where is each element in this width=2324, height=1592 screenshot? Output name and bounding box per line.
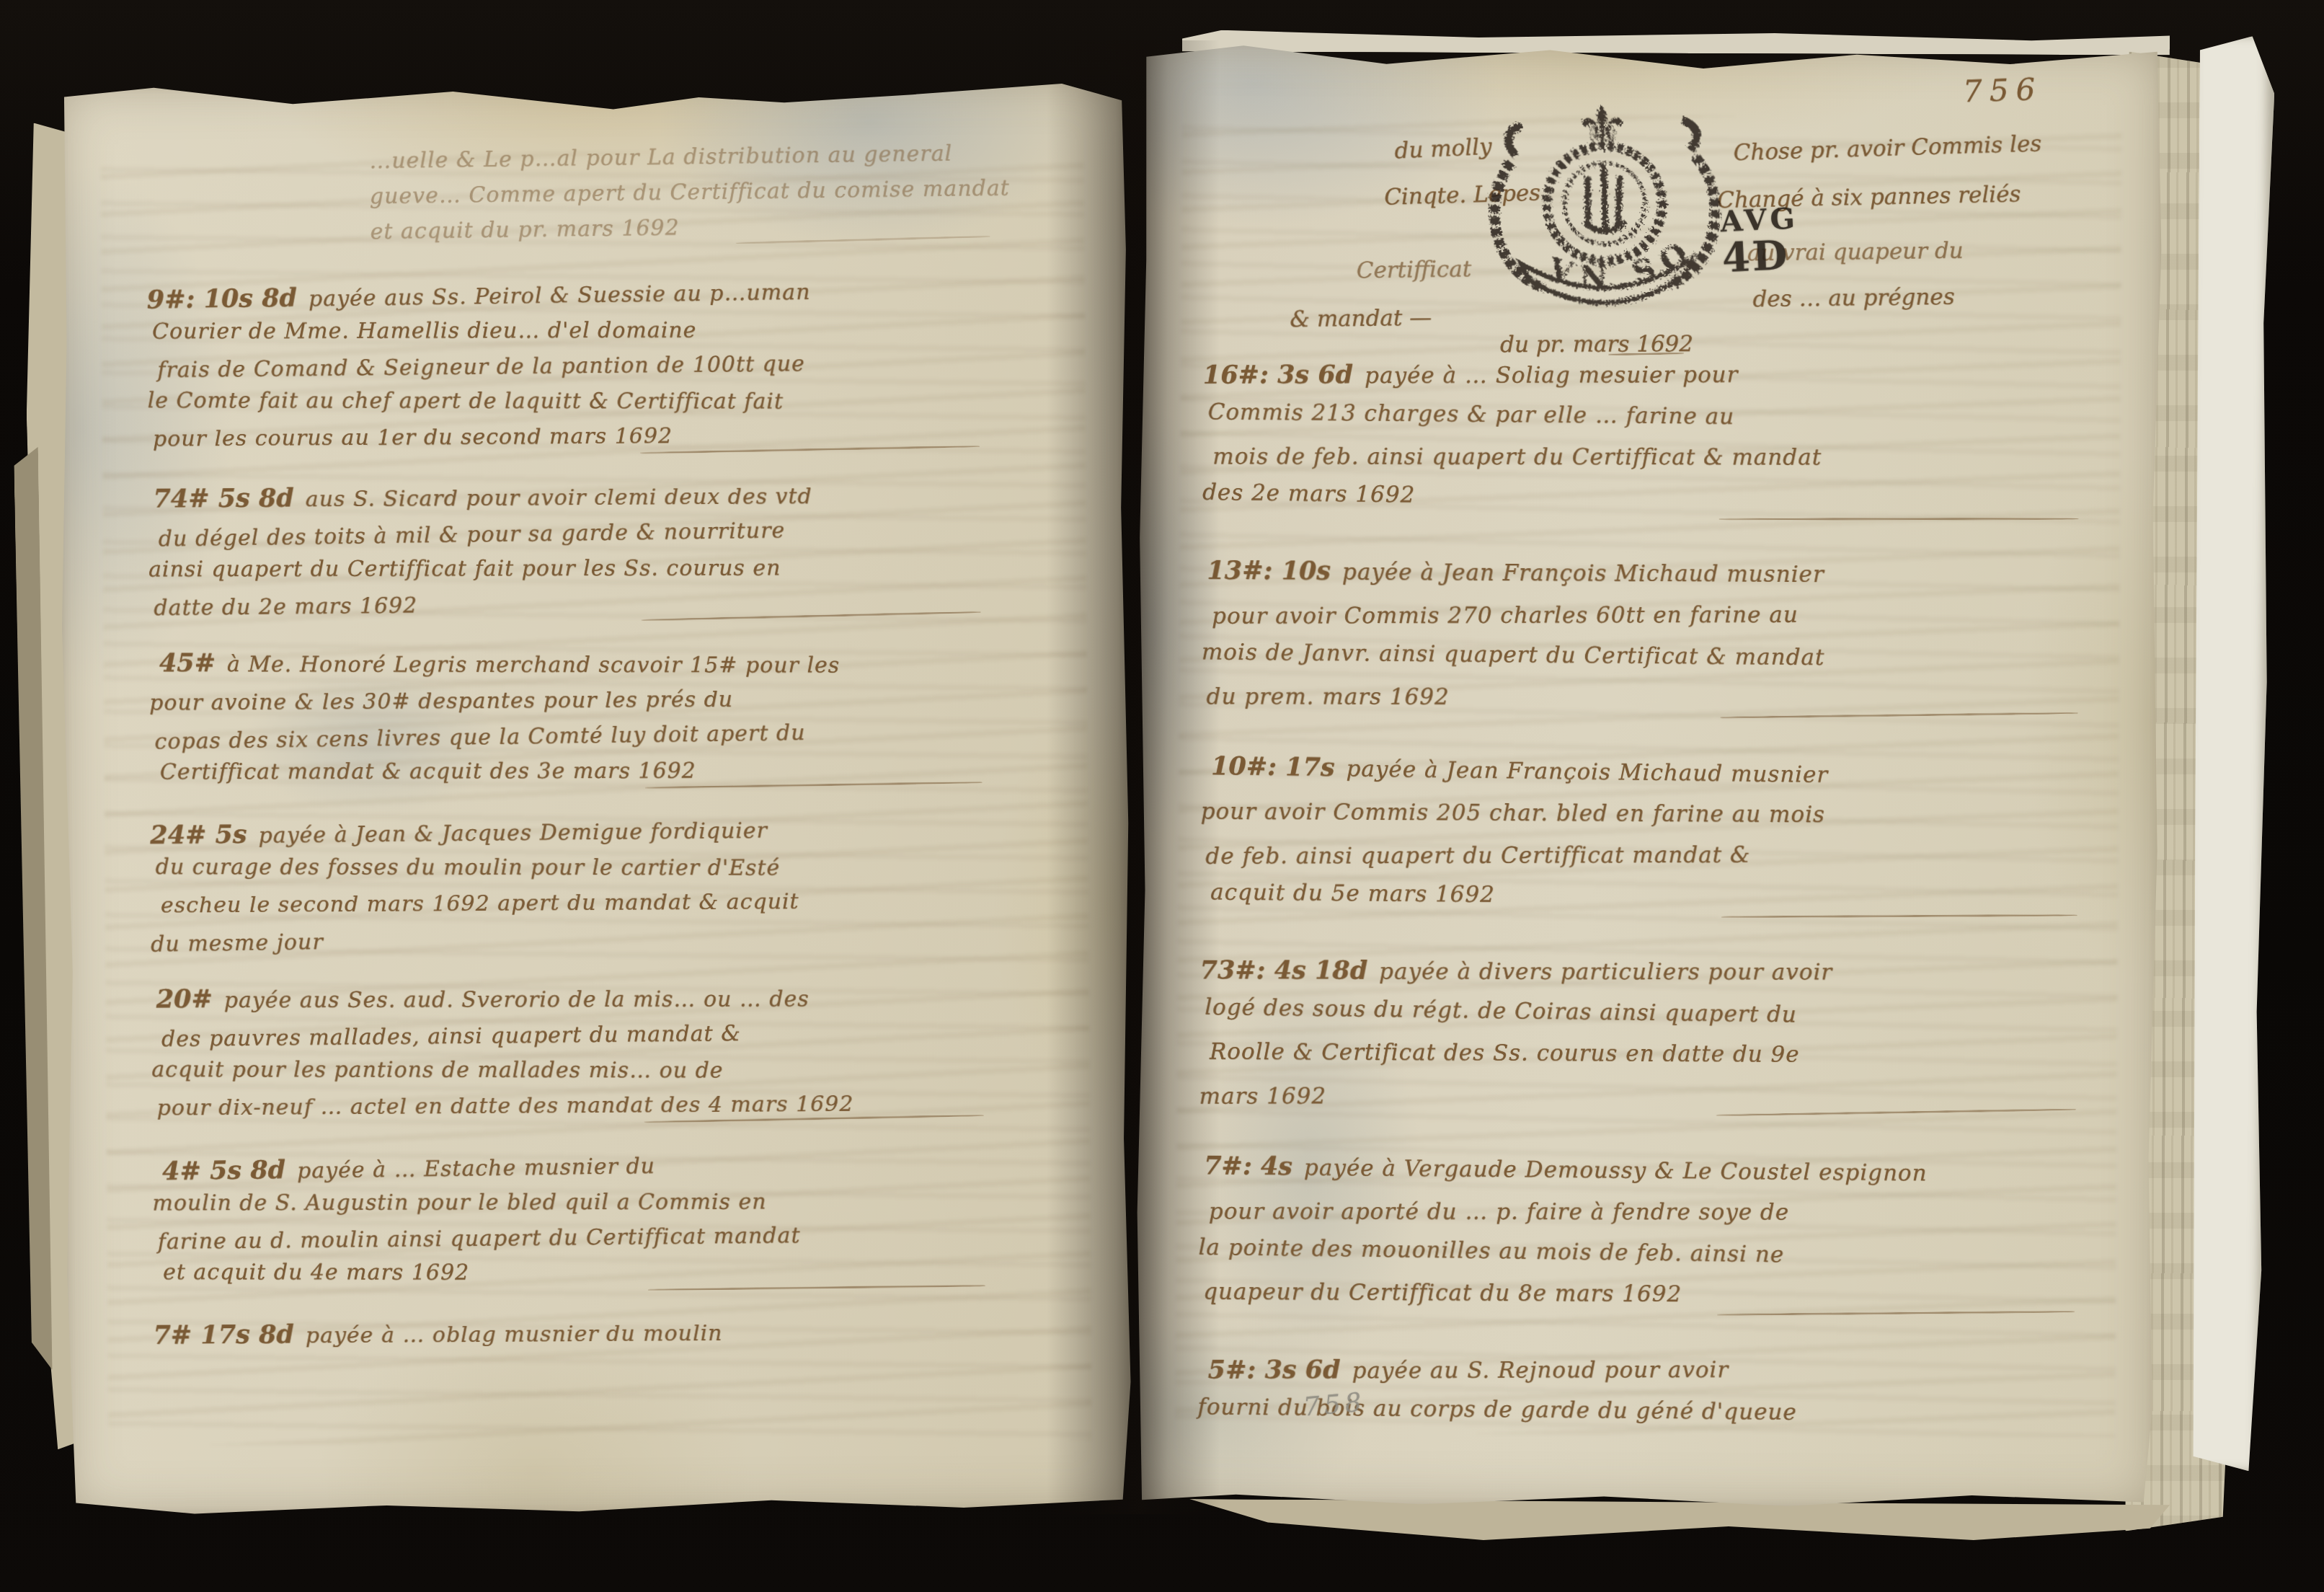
ledger-entry: 7#: 4spayée à Vergaude Demoussy & Le Cou… — [1198, 1147, 2121, 1318]
entry-amount: 16#: 3s 6d — [1203, 360, 1353, 390]
entry-line: du prem. mars 1692 — [1207, 676, 2124, 719]
entry-line-text: aus S. Sicard pour avoir clemi deux des … — [306, 484, 812, 512]
right-page: 756 du molly Cinqte. Lepes Certifficat &… — [1134, 39, 2164, 1511]
entry-line: datte du 2e mars 1692 — [154, 582, 1024, 626]
entry-line-text: à Me. Honoré Legris merchand scavoir 15#… — [227, 652, 840, 678]
left-page-entries: 9#: 10s 8dpayée aus Ss. Peirol & Suessie… — [147, 273, 1029, 1354]
entry-line: moulin de S. Augustin pour le bled quil … — [152, 1184, 1028, 1221]
counterstamp: AVG 4D — [1720, 203, 1801, 280]
entry-line: 73#: 4s 18dpayée à divers particuliers p… — [1200, 950, 2123, 994]
entry-line: 5#: 3s 6dpayée au S. Rejnoud pour avoir — [1208, 1348, 2121, 1392]
entry-amount: 10#: 17s — [1211, 751, 1335, 782]
entry-line: frais de Comand & Seigneur de la pantion… — [157, 344, 1023, 388]
entry-line: mois de Janvr. ainsi quapert du Certific… — [1202, 632, 2124, 681]
entry-amount: 73#: 4s 18d — [1200, 955, 1368, 985]
entry-line: Commis 213 charges & par elle … farine a… — [1207, 392, 2125, 441]
entry-line-text: payée au S. Rejnoud pour avoir — [1352, 1357, 1729, 1384]
top-sheet-edge — [1182, 30, 2170, 56]
right-page-entries: 16#: 3s 6dpayée à … Soliag mesuier pourC… — [1197, 351, 2126, 1435]
entry-amount: 5#: 3s 6d — [1208, 1355, 1341, 1384]
entry-line: mois de feb. ainsi quapert du Certiffica… — [1212, 436, 2125, 479]
entry-line-text: payée à … Soliag mesuier pour — [1365, 362, 1738, 389]
header-line: et acquit du pr. mars 1692 — [370, 205, 1023, 249]
left-page-text: …uelle & Le p…al pour La distribution au… — [146, 137, 1029, 1379]
ledger-entry: 74# 5s 8daus S. Sicard pour avoir clemi … — [148, 476, 1024, 624]
entry-line: pour dix-neuf … actel en datte des manda… — [156, 1085, 1027, 1126]
entry-line: 45#à Me. Honoré Legris merchand scavoir … — [159, 645, 1025, 684]
ledger-entry: 73#: 4s 18dpayée à divers particuliers p… — [1199, 948, 2123, 1119]
entry-line: pour avoir aporté du … p. faire à fendre… — [1209, 1191, 2121, 1234]
entry-amount: 45# — [159, 648, 216, 678]
entry-line: Roolle & Certificat des Ss. courus en da… — [1210, 1032, 2122, 1078]
ledger-entry: 9#: 10s 8dpayée aus Ss. Peirol & Suessie… — [147, 273, 1024, 456]
entry-line: pour avoir Commis 270 charles 60tt en fa… — [1212, 594, 2124, 637]
entry-line-text: payée aus Ses. aud. Sverorio de la mis… … — [224, 986, 810, 1013]
manuscript-scan: …uelle & Le p…al pour La distribution au… — [0, 0, 2324, 1592]
entry-amount: 7#: 4s — [1204, 1151, 1292, 1181]
header-line: des … au prégnes — [1752, 284, 1955, 312]
entry-line: Courier de Mme. Hamellis dieu… d'el doma… — [152, 312, 1023, 350]
entry-line: pour les courus au 1er du second mars 16… — [153, 416, 1024, 456]
entry-line: des 2e mars 1692 — [1202, 472, 2126, 526]
entry-line: 13#: 10spayée à Jean François Michaud mu… — [1207, 550, 2124, 598]
entry-line: ainsi quapert du Certifficat fait pour l… — [148, 550, 1024, 588]
entry-amount: 24# 5s — [150, 820, 247, 850]
tax-stamp-crest-icon: ⚜ VN SOL — [1474, 89, 1734, 328]
entry-line: du curage des fosses du moulin pour le c… — [156, 849, 1026, 886]
entry-amount: 9#: 10s 8d — [147, 283, 298, 315]
entry-line-text: payée à … oblag musnier du moulin — [306, 1321, 723, 1349]
ledger-entry: 10#: 17spayée à Jean François Michaud mu… — [1200, 749, 2124, 920]
entry-line: de feb. ainsi quapert du Certifficat man… — [1205, 834, 2123, 877]
ledger-entry: 13#: 10spayée à Jean François Michaud mu… — [1201, 550, 2124, 721]
ledger-entry: 4# 5s 8dpayée à … Estache musnier dumoul… — [152, 1145, 1029, 1293]
ledger-entry: 16#: 3s 6dpayée à … Soliag mesuier pourC… — [1202, 351, 2126, 522]
ledger-entry: 7# 17s 8dpayée à … oblag musnier du moul… — [153, 1312, 1029, 1354]
ledger-entry: 20#payée aus Ses. aud. Sverorio de la mi… — [151, 978, 1028, 1126]
page-number: 756 — [1962, 71, 2043, 109]
entry-line: 16#: 3s 6dpayée à … Soliag mesuier pour — [1203, 353, 2126, 397]
counterstamp-4d: 4D — [1721, 234, 1801, 280]
left-page: …uelle & Le p…al pour La distribution au… — [58, 77, 1135, 1517]
entry-line-text: payée à Jean François Michaud musnier — [1342, 560, 1824, 588]
entry-amount: 20# — [156, 984, 213, 1014]
entry-line-text: payée aus Ss. Peirol & Suessie au p…uman — [309, 280, 811, 312]
entry-line-text: payée à Jean François Michaud musnier — [1346, 756, 1828, 788]
entry-line-text: payée à … Estache musnier du — [297, 1154, 655, 1184]
header-line: Certifficat — [1356, 256, 1471, 283]
entry-amount: 4# 5s 8d — [162, 1155, 285, 1186]
ledger-entry: 24# 5spayée à Jean & Jacques Demigue for… — [150, 810, 1026, 958]
entry-line-text: payée à Jean & Jacques Demigue fordiquie… — [258, 818, 768, 849]
pencil-folio-number: 758 — [1302, 1387, 1367, 1422]
bottom-sheet-edge — [1189, 1499, 2170, 1545]
right-bright-sheet-edge — [2188, 36, 2275, 1472]
left-page-header: …uelle & Le p…al pour La distribution au… — [369, 135, 1023, 249]
entry-amount: 7# 17s 8d — [153, 1320, 294, 1350]
entry-line-text: payée à divers particuliers pour avoir — [1379, 959, 1832, 986]
svg-text:⚜: ⚜ — [1574, 93, 1631, 167]
entry-line: des pauvres mallades, ainsi quapert du m… — [161, 1013, 1027, 1057]
entry-line: farine au d. moulin ainsi quapert du Cer… — [158, 1216, 1029, 1260]
entry-line: le Comte fait au chef apert de laquitt &… — [148, 383, 1024, 420]
entry-line: et acquit du 4e mars 1692 — [163, 1255, 1029, 1291]
tax-stamp: ⚜ VN SOL — [1474, 89, 1734, 328]
entry-line-text: payée à Vergaude Demoussy & Le Coustel e… — [1304, 1155, 1928, 1187]
header-line: & mandat — — [1290, 305, 1432, 332]
entry-line: pour avoir Commis 205 char. bled en fari… — [1201, 792, 2124, 838]
entry-line: 7#: 4spayée à Vergaude Demoussy & Le Cou… — [1204, 1145, 2121, 1196]
entry-line: quapeur du Certifficat du 8e mars 1692 — [1203, 1272, 2121, 1318]
entry-line: acquit du 5e mars 1692 — [1210, 872, 2123, 921]
entry-line: Certifficat mandat & acquit des 3e mars … — [160, 753, 1026, 790]
right-page-text: 16#: 3s 6dpayée à … Soliag mesuier pourC… — [1197, 351, 2126, 1468]
entry-line: 20#payée aus Ses. aud. Sverorio de la mi… — [156, 980, 1027, 1019]
entry-amount: 74# 5s 8d — [153, 484, 294, 514]
entry-line: acquit pour les pantions de mallades mis… — [151, 1052, 1027, 1089]
entry-amount: 13#: 10s — [1207, 556, 1331, 586]
entry-line: 24# 5spayée à Jean & Jacques Demigue for… — [150, 809, 1026, 854]
ledger-entry: 45#à Me. Honoré Legris merchand scavoir … — [149, 643, 1026, 791]
entry-line: mars 1692 — [1199, 1074, 2122, 1118]
entry-line: 7# 17s 8dpayée à … oblag musnier du moul… — [153, 1312, 1029, 1354]
